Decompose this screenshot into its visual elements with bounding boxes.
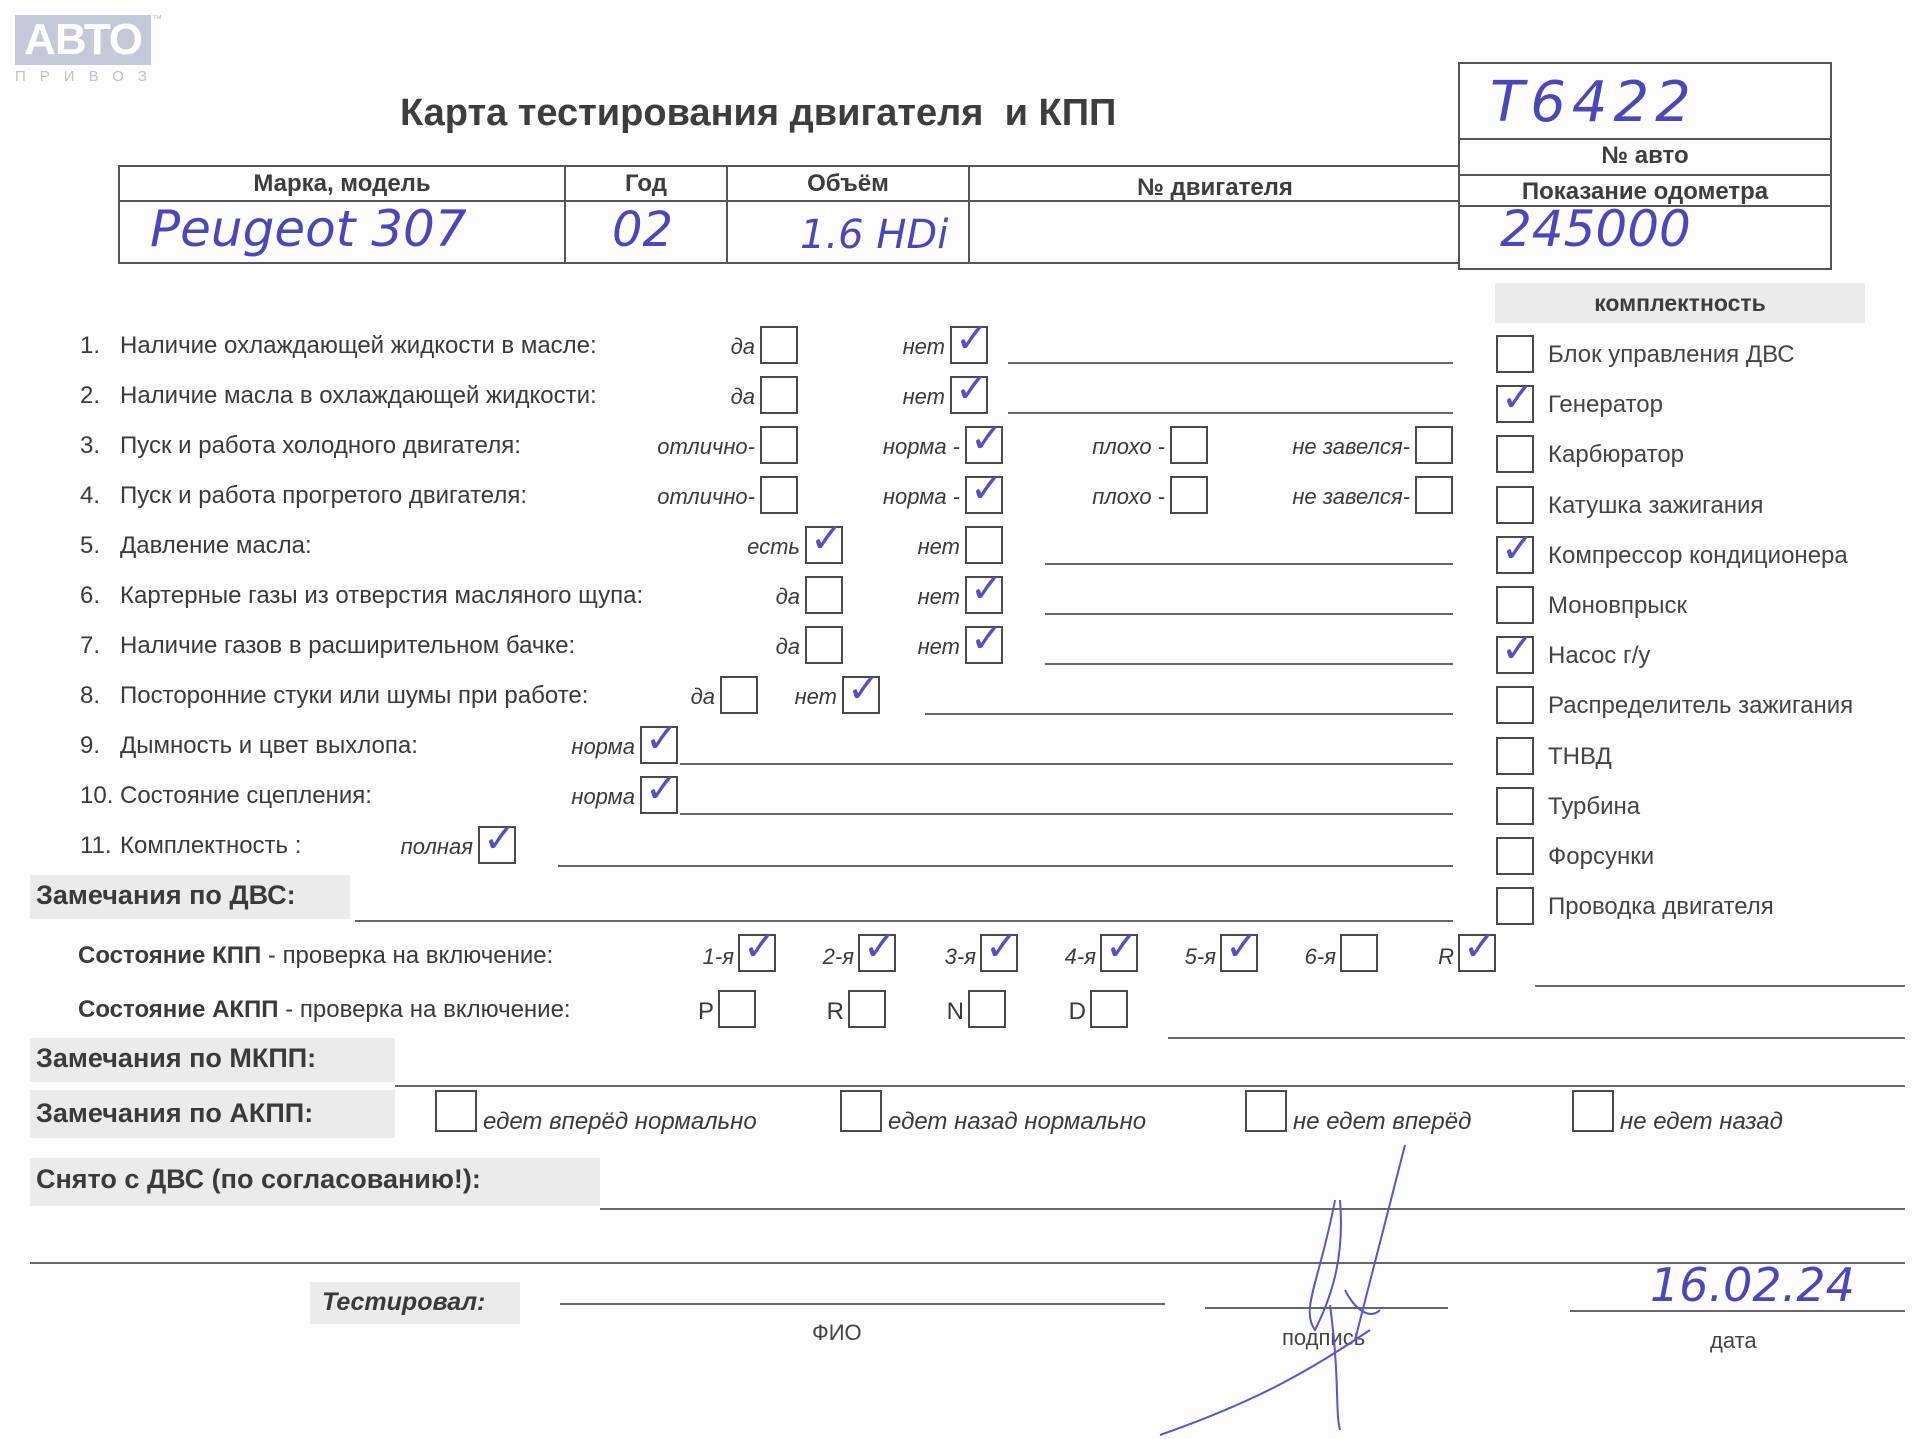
checklist-label: Наличие масла в охлаждающей жидкости: <box>120 382 597 410</box>
option-label: не завелся- <box>1215 484 1410 510</box>
kit-checkbox[interactable] <box>1496 737 1534 775</box>
kit-checkbox[interactable] <box>1496 636 1534 674</box>
year-field[interactable]: 02 <box>612 202 673 258</box>
kit-checkbox[interactable] <box>1496 837 1534 875</box>
manual-gearbox-subtitle: - проверка на включение: <box>261 942 553 969</box>
kit-item-label: Форсунки <box>1548 843 1654 871</box>
manual-gearbox-notes-field[interactable] <box>1535 985 1905 987</box>
auto-number-label: № авто <box>1460 142 1830 170</box>
kit-checkbox[interactable] <box>1496 787 1534 825</box>
option-label: отлично- <box>560 484 755 510</box>
kit-item-label: Карбюратор <box>1548 441 1684 469</box>
notes-field[interactable] <box>680 813 1453 815</box>
checklist-number: 1. <box>80 332 100 360</box>
kit-item-label: Турбина <box>1548 793 1640 821</box>
checkbox-bad[interactable] <box>1170 426 1208 464</box>
option-label: плохо - <box>970 434 1165 460</box>
gear-label: 4-я <box>1010 944 1096 970</box>
checkbox-no-start[interactable] <box>1415 476 1453 514</box>
kit-checkbox[interactable] <box>1496 435 1534 473</box>
checkbox-no[interactable] <box>965 626 1003 664</box>
option-label: отлично- <box>560 434 755 460</box>
notes-field[interactable] <box>1008 412 1453 414</box>
checklist-label: Наличие охлаждающей жидкости в масле: <box>120 332 597 360</box>
gear-checkbox[interactable] <box>1458 934 1496 972</box>
auto-gearbox-title: Состояние АКПП <box>78 996 279 1023</box>
auto-remark-label: не едет вперёд <box>1293 1108 1471 1136</box>
remarks-manual-field[interactable] <box>395 1085 1905 1087</box>
col-header-year: Год <box>566 170 726 198</box>
checklist-label: Картерные газы из отверстия масляного щу… <box>120 582 643 610</box>
notes-field[interactable] <box>1045 563 1453 565</box>
mode-checkbox[interactable] <box>718 990 756 1028</box>
auto-remark-checkbox[interactable] <box>435 1090 477 1132</box>
logo-trademark: ™ <box>152 14 162 25</box>
notes-field[interactable] <box>925 713 1453 715</box>
manual-gearbox-label: Состояние КПП - проверка на включение: <box>78 942 553 970</box>
checkbox-no[interactable] <box>965 526 1003 564</box>
kit-item-label: Моновпрыск <box>1548 592 1687 620</box>
gear-label: R <box>1368 944 1454 970</box>
remarks-auto-label: Замечания по АКПП: <box>36 1098 313 1129</box>
kit-item-label: ТНВД <box>1548 743 1612 771</box>
logo: АВТО <box>15 15 151 65</box>
checklist-number: 7. <box>80 632 100 660</box>
kit-item-label: Катушка зажигания <box>1548 492 1763 520</box>
mode-checkbox[interactable] <box>1090 990 1128 1028</box>
checkbox-bad[interactable] <box>1170 476 1208 514</box>
gear-label: 1-я <box>648 944 734 970</box>
checklist-number: 10. <box>80 782 113 810</box>
logo-subtitle: ПРИВОЗ <box>15 68 161 85</box>
removed-field-line-2[interactable] <box>30 1262 1905 1264</box>
checkbox-no[interactable] <box>842 676 880 714</box>
auto-remark-checkbox[interactable] <box>1245 1090 1287 1132</box>
auto-remark-label: едет вперёд нормально <box>483 1108 757 1136</box>
remarks-manual-label: Замечания по МКПП: <box>36 1043 316 1074</box>
kit-checkbox[interactable] <box>1496 385 1534 423</box>
tester-name-field[interactable] <box>560 1303 1165 1305</box>
auto-remark-label: не едет назад <box>1620 1108 1783 1136</box>
signature-scribble-icon <box>1140 1140 1440 1439</box>
remarks-engine-label: Замечания по ДВС: <box>36 880 296 911</box>
checklist-label: Пуск и работа прогретого двигателя: <box>120 482 527 510</box>
col-header-volume: Объём <box>728 170 968 198</box>
kit-item-label: Проводка двигателя <box>1548 893 1774 921</box>
notes-field[interactable] <box>1045 663 1453 665</box>
checklist-number: 6. <box>80 582 100 610</box>
notes-field[interactable] <box>1045 613 1453 615</box>
kit-checkbox[interactable] <box>1496 686 1534 724</box>
option-label: нет <box>765 584 960 610</box>
manual-gearbox-title: Состояние КПП <box>78 942 261 969</box>
option-label: да <box>560 334 755 360</box>
col-header-engine-number: № двигателя <box>970 174 1460 202</box>
kit-checkbox[interactable] <box>1496 536 1534 574</box>
kit-item-label: Блок управления ДВС <box>1548 341 1795 369</box>
kit-item-label: Компрессор кондиционера <box>1548 542 1848 570</box>
checklist-label: Комплектность : <box>120 832 301 860</box>
mode-checkbox[interactable] <box>968 990 1006 1028</box>
gear-label: 3-я <box>890 944 976 970</box>
remarks-engine-field[interactable] <box>355 920 1453 922</box>
gear-label: 5-я <box>1130 944 1216 970</box>
option-label: нет <box>765 534 960 560</box>
auto-remark-checkbox[interactable] <box>1572 1090 1614 1132</box>
checklist-number: 9. <box>80 732 100 760</box>
date-value[interactable]: 16.02.24 <box>1650 1258 1855 1312</box>
checklist-label: Наличие газов в расширительном бачке: <box>120 632 575 660</box>
name-caption: ФИО <box>812 1320 862 1346</box>
checkbox-normal[interactable] <box>640 776 678 814</box>
checkbox-normal[interactable] <box>640 726 678 764</box>
checklist-number: 8. <box>80 682 100 710</box>
auto-number-field[interactable]: Т6422 <box>1490 70 1697 135</box>
option-label: плохо - <box>970 484 1165 510</box>
auto-remark-label: едет назад нормально <box>888 1108 1146 1136</box>
option-label: норма <box>440 784 635 810</box>
option-label: да <box>560 384 755 410</box>
kit-item-label: Генератор <box>1548 391 1663 419</box>
auto-gearbox-subtitle: - проверка на включение: <box>279 996 571 1023</box>
option-label: нет <box>750 384 945 410</box>
option-label: норма - <box>765 484 960 510</box>
auto-gearbox-label: Состояние АКПП - проверка на включение: <box>78 996 571 1024</box>
option-label: нет <box>765 634 960 660</box>
checklist-label: Состояние сцепления: <box>120 782 372 810</box>
option-label: норма <box>440 734 635 760</box>
volume-field[interactable]: 1.6 HDi <box>800 212 948 258</box>
option-label: норма - <box>765 434 960 460</box>
notes-field[interactable] <box>680 763 1453 765</box>
kit-checkbox[interactable] <box>1496 586 1534 624</box>
option-label: нет <box>750 334 945 360</box>
notes-field[interactable] <box>558 865 1453 867</box>
option-label: полная <box>278 834 473 860</box>
gear-label: 6-я <box>1250 944 1336 970</box>
mode-label: R <box>788 998 844 1026</box>
mode-label: D <box>1030 998 1086 1026</box>
removed-label: Снято с ДВС (по согласованию!): <box>36 1164 481 1195</box>
auto-remark-checkbox[interactable] <box>840 1090 882 1132</box>
checklist-number: 11. <box>80 832 112 860</box>
checklist-number: 3. <box>80 432 100 460</box>
checkbox-no[interactable] <box>950 326 988 364</box>
kit-item-label: Насос г/у <box>1548 642 1650 670</box>
checklist-number: 2. <box>80 382 100 410</box>
option-label: не завелся- <box>1215 434 1410 460</box>
odometer-field[interactable]: 245000 <box>1500 200 1691 258</box>
checklist-label: Посторонние стуки или шумы при работе: <box>120 682 588 710</box>
mode-checkbox[interactable] <box>848 990 886 1028</box>
kit-item-label: Распределитель зажигания <box>1548 692 1853 720</box>
col-header-make-model: Марка, модель <box>120 170 564 198</box>
checklist-label: Дымность и цвет выхлопа: <box>120 732 418 760</box>
checklist-label: Пуск и работа холодного двигателя: <box>120 432 521 460</box>
option-label: нет <box>642 684 837 710</box>
notes-field[interactable] <box>1008 362 1453 364</box>
checklist-number: 5. <box>80 532 100 560</box>
auto-gearbox-notes-field[interactable] <box>1168 1037 1905 1039</box>
page-title: Карта тестирования двигателя и КПП <box>400 92 1116 135</box>
kit-title: комплектность <box>1495 290 1865 317</box>
checklist-label: Давление масла: <box>120 532 312 560</box>
checkbox-no[interactable] <box>950 376 988 414</box>
tested-by-label: Тестировал: <box>322 1288 485 1317</box>
mode-label: N <box>908 998 964 1026</box>
kit-checkbox[interactable] <box>1496 486 1534 524</box>
checkbox-full[interactable] <box>478 826 516 864</box>
checkbox-no[interactable] <box>965 576 1003 614</box>
gear-label: 2-я <box>768 944 854 970</box>
kit-checkbox[interactable] <box>1496 887 1534 925</box>
checklist-number: 4. <box>80 482 100 510</box>
mode-label: P <box>658 998 714 1026</box>
kit-checkbox[interactable] <box>1496 335 1534 373</box>
checkbox-no-start[interactable] <box>1415 426 1453 464</box>
date-caption: дата <box>1710 1328 1757 1354</box>
make-model-field[interactable]: Peugeot 307 <box>150 200 467 258</box>
